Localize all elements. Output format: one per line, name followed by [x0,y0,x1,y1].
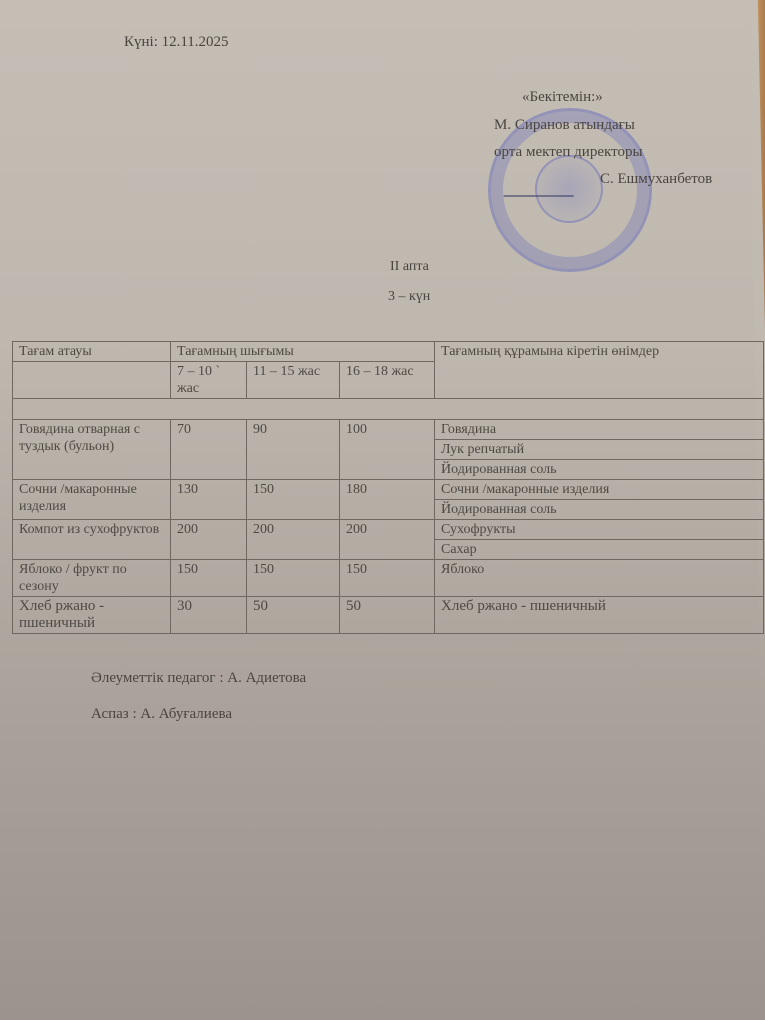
document-date: Күні: 12.11.2025 [124,34,229,51]
signature-icon [503,160,586,197]
menu-table: Тағам атауы Тағамның шығымы Тағамның құр… [12,341,764,634]
yield-11-15: 90 [247,420,340,480]
approval-school-line-1: М. Сиранов атындағы [494,117,635,134]
ingredient: Яблоко [435,560,764,597]
table-spacer-row [13,399,764,420]
ingredient: Лук репчатый [435,440,764,460]
ingredient: Йодированная соль [435,500,764,520]
table-row: Яблоко / фрукт по сезону 150 150 150 Ябл… [13,560,764,597]
dish-name: Хлеб ржано - пшеничный [13,597,171,634]
day-label: 3 – күн [388,289,430,305]
yield-7-10: 70 [171,420,247,480]
ingredient: Сахар [435,540,764,560]
yield-16-18: 150 [340,560,435,597]
yield-16-18: 100 [340,420,435,480]
empty-cell [13,399,764,420]
yield-16-18: 50 [340,597,435,634]
ingredient: Говядина [435,420,764,440]
week-label: II апта [390,259,429,275]
yield-11-15: 150 [247,560,340,597]
cook-signoff: Аспаз : А. Абуғалиева [91,706,232,723]
table-row: Сочни /макаронные изделия 130 150 180 Со… [13,480,764,500]
yield-16-18: 180 [340,480,435,520]
header-age-16-18: 16 – 18 жас [340,362,435,399]
yield-11-15: 50 [247,597,340,634]
table-row: Хлеб ржано - пшеничный 30 50 50 Хлеб ржа… [13,597,764,634]
dish-name: Говядина отварная с туздык (бульон) [13,420,171,480]
dish-name: Яблоко / фрукт по сезону [13,560,171,597]
table-header-row: Тағам атауы Тағамның шығымы Тағамның құр… [13,342,764,362]
header-dish-name: Тағам атауы [13,342,171,362]
yield-7-10: 200 [171,520,247,560]
empty-cell [13,362,171,399]
social-pedagogue-signoff: Әлеуметтік педагог : А. Адиетова [91,670,306,687]
header-ingredients: Тағамның құрамына кіретін өнімдер [435,342,764,399]
ingredient: Йодированная соль [435,460,764,480]
header-age-7-10: 7 – 10 ` жас [171,362,247,399]
table-row: Компот из сухофруктов 200 200 200 Сухофр… [13,520,764,540]
approval-signer: С. Ешмуханбетов [600,171,712,188]
yield-16-18: 200 [340,520,435,560]
header-age-11-15: 11 – 15 жас [247,362,340,399]
table-row: Говядина отварная с туздык (бульон) 70 9… [13,420,764,440]
ingredient: Сухофрукты [435,520,764,540]
yield-11-15: 150 [247,480,340,520]
dish-name: Компот из сухофруктов [13,520,171,560]
ingredient: Сочни /макаронные изделия [435,480,764,500]
approval-school-line-2: орта мектеп директоры [494,144,643,161]
dish-name: Сочни /макаронные изделия [13,480,171,520]
yield-7-10: 30 [171,597,247,634]
yield-11-15: 200 [247,520,340,560]
yield-7-10: 130 [171,480,247,520]
yield-7-10: 150 [171,560,247,597]
ingredient: Хлеб ржано - пшеничный [435,597,764,634]
approval-title: «Бекітемін:» [522,89,603,106]
header-yield: Тағамның шығымы [171,342,435,362]
